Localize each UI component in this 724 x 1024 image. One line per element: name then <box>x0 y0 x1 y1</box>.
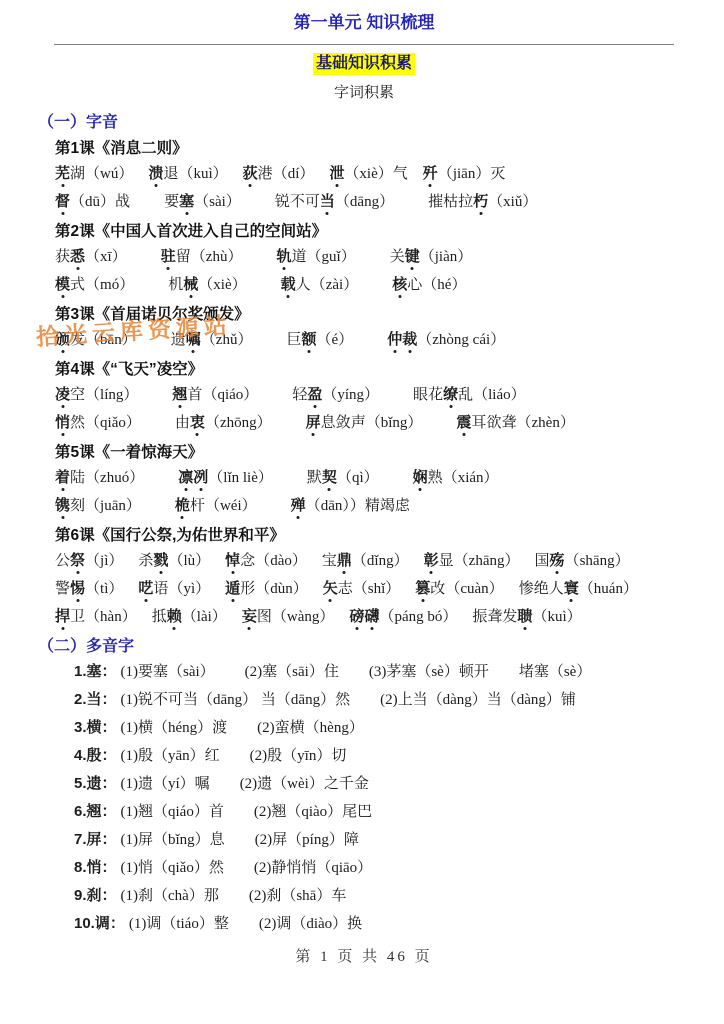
vocab-item: 机械（xiè） <box>168 277 246 293</box>
polyphone-item: 5.遗：(1)遗（yí）嘱(2)遗（wèi）之千金 <box>38 775 690 793</box>
vocab-item: 载人（zài） <box>281 277 359 293</box>
polyphone-item: 2.当：(1)锐不可当（dāng） 当（dāng）然(2)上当（dàng）当（d… <box>38 691 690 709</box>
emphasized-char: 篡 <box>415 580 430 597</box>
vocab-item: 惨绝人寰（huán） <box>519 581 638 597</box>
emphasized-char: 殚 <box>291 497 306 514</box>
vocab-item: 着陆（zhuó） <box>55 470 144 486</box>
polyphone-item: 9.刹：(1)刹（chà）那(2)刹（shā）车 <box>38 887 690 905</box>
emphasized-char: 悉 <box>70 248 85 265</box>
vocab-item: 镌刻（juān） <box>55 498 141 514</box>
emphasized-char: 翘 <box>172 386 187 403</box>
polyphone-item: 10.调：(1)调（tiáo）整(2)调（diào）换 <box>38 915 690 933</box>
emphasized-char: 键 <box>405 248 420 265</box>
vocab-item: 凌空（líng） <box>55 387 138 403</box>
emphasized-char: 震 <box>456 414 471 431</box>
polyphone-variant: (1)横（héng）渡 <box>121 720 228 736</box>
vocab-item: 彰显（zhāng） <box>424 553 520 569</box>
polyphone-label: 6.翘： <box>74 803 117 820</box>
emphasized-char: 镌 <box>55 497 70 514</box>
lessons: 第1课《消息二则》芜湖（wú）溃退（kuì）荻港（dí）泄（xiè）气歼（jiā… <box>38 139 690 625</box>
emphasized-char: 矢 <box>323 580 338 597</box>
polyphone-variant: (1)调（tiáo）整 <box>129 916 229 932</box>
document-page: 第一单元 知识梳理 基础知识积累 字词积累 （一）字音 第1课《消息二则》芜湖（… <box>0 0 724 1024</box>
vocab-row: 督（dū）战要塞（sài）锐不可当（dāng）摧枯拉朽（xiǔ） <box>38 194 690 210</box>
polyphone-label: 5.遗： <box>74 775 117 792</box>
vocab-item: 磅礴（páng bó） <box>349 609 457 625</box>
polyphone-variant: (2)上当（dàng）当（dàng）铺 <box>380 692 576 708</box>
polyphone-variant: (1)翘（qiáo）首 <box>121 804 224 820</box>
lesson-title: 第3课《首届诺贝尔奖颁发》 <box>38 305 690 325</box>
vocab-item: 抵赖（lài） <box>152 609 227 625</box>
polyphone-label: 9.刹： <box>74 887 117 904</box>
emphasized-char: 冽 <box>193 469 208 486</box>
vocab-item: 颁发（bān） <box>55 332 137 348</box>
emphasized-char: 载 <box>281 276 296 293</box>
vocab-item: 锐不可当（dāng） <box>275 194 394 210</box>
emphasized-char: 遁 <box>225 580 240 597</box>
vocab-item: 由衷（zhōng） <box>175 415 272 431</box>
page-title: 第一单元 知识梳理 <box>38 12 690 34</box>
emphasized-char: 祭 <box>70 552 85 569</box>
polyphone-label: 1.塞： <box>74 663 117 680</box>
emphasized-char: 嘱 <box>186 331 201 348</box>
subtitle: 字词积累 <box>38 83 690 103</box>
section-heading-polyphones: （二）多音字 <box>38 637 690 657</box>
vocab-item: 桅杆（wéi） <box>175 498 257 514</box>
emphasized-char: 荻 <box>243 165 258 182</box>
vocab-row: 警惕（tì）呓语（yì）遁形（dùn）矢志（shǐ）篡改（cuàn）惨绝人寰（h… <box>38 581 690 597</box>
vocab-item: 篡改（cuàn） <box>415 581 503 597</box>
emphasized-char: 悼 <box>225 552 240 569</box>
emphasized-char: 驻 <box>161 248 176 265</box>
vocab-row: 公祭（jì）杀戮（lù）悼念（dào）宝鼎（dǐng）彰显（zhāng）国殇（s… <box>38 553 690 569</box>
polyphone-item: 6.翘：(1)翘（qiáo）首(2)翘（qiào）尾巴 <box>38 803 690 821</box>
vocab-item: 矢志（shǐ） <box>323 581 401 597</box>
vocab-row: 获悉（xī）驻留（zhù）轨道（guǐ）关键（jiàn） <box>38 249 690 265</box>
polyphone-item: 7.屏：(1)屏（bǐng）息(2)屏（píng）障 <box>38 831 690 849</box>
emphasized-char: 娴 <box>413 469 428 486</box>
vocab-item: 模式（mó） <box>55 277 134 293</box>
polyphone-label: 2.当： <box>74 691 117 708</box>
emphasized-char: 裁 <box>402 331 417 348</box>
vocab-item: 娴熟（xián） <box>413 470 499 486</box>
highlighted-heading: 基础知识积累 <box>313 53 415 75</box>
vocab-item: 溃退（kuì） <box>148 166 227 182</box>
vocab-item: 获悉（xī） <box>55 249 127 265</box>
polyphone-label: 7.屏： <box>74 831 117 848</box>
lesson-title: 第2课《中国人首次进入自己的空间站》 <box>38 222 690 242</box>
lesson: 第6课《国行公祭,为佑世界和平》公祭（jì）杀戮（lù）悼念（dào）宝鼎（dǐ… <box>38 526 690 625</box>
polyphone-label: 3.横： <box>74 719 117 736</box>
vocab-item: 殚（dān））精竭虑 <box>291 498 410 514</box>
emphasized-char: 械 <box>183 276 198 293</box>
emphasized-char: 悄 <box>55 414 70 431</box>
vocab-item: 震耳欲聋（zhèn） <box>456 415 574 431</box>
polyphone-variant: (1)要塞（sài） <box>121 664 215 680</box>
vocab-item: 默契（qì） <box>307 470 379 486</box>
emphasized-char: 凛 <box>178 469 193 486</box>
vocab-item: 翘首（qiáo） <box>172 387 258 403</box>
emphasized-char: 当 <box>320 193 335 210</box>
emphasized-char: 盈 <box>307 386 322 403</box>
polyphone-item: 8.悄：(1)悄（qiǎo）然(2)静悄悄（qiāo） <box>38 859 690 877</box>
emphasized-char: 捍 <box>55 608 70 625</box>
vocab-row: 镌刻（juān）桅杆（wéi）殚（dān））精竭虑 <box>38 498 690 514</box>
emphasized-char: 衷 <box>190 414 205 431</box>
vocab-item: 凛冽（lǐn liè） <box>178 470 273 486</box>
emphasized-char: 彰 <box>424 552 439 569</box>
lesson-title: 第5课《一着惊海天》 <box>38 443 690 463</box>
vocab-row: 颁发（bān）遗嘱（zhǔ）巨额（é）仲裁（zhòng cái） <box>38 332 690 348</box>
polyphone-variant: (1)屏（bǐng）息 <box>121 832 225 848</box>
vocab-item: 仲裁（zhòng cái） <box>387 332 505 348</box>
emphasized-char: 聩 <box>517 608 532 625</box>
lesson: 第5课《一着惊海天》着陆（zhuó）凛冽（lǐn liè）默契（qì）娴熟（xi… <box>38 443 690 514</box>
polyphone-variant: (2)屏（píng）障 <box>255 832 359 848</box>
vocab-item: 悄然（qiǎo） <box>55 415 141 431</box>
vocab-row: 捍卫（hàn）抵赖（lài）妄图（wàng）磅礴（páng bó）振聋发聩（ku… <box>38 609 690 625</box>
emphasized-char: 妄 <box>242 608 257 625</box>
vocab-item: 驻留（zhù） <box>161 249 243 265</box>
emphasized-char: 缭 <box>443 386 458 403</box>
emphasized-char: 塞 <box>179 193 194 210</box>
emphasized-char: 颁 <box>55 331 70 348</box>
lesson-title: 第1课《消息二则》 <box>38 139 690 159</box>
emphasized-char: 磅 <box>349 608 364 625</box>
emphasized-char: 核 <box>392 276 407 293</box>
vocab-item: 摧枯拉朽（xiǔ） <box>428 194 537 210</box>
vocab-row: 着陆（zhuó）凛冽（lǐn liè）默契（qì）娴熟（xián） <box>38 470 690 486</box>
section-heading-pronunciation: （一）字音 <box>38 113 690 133</box>
emphasized-char: 额 <box>301 331 316 348</box>
polyphone-item: 4.殷：(1)殷（yān）红(2)殷（yīn）切 <box>38 747 690 765</box>
vocab-item: 轻盈（yíng） <box>292 387 379 403</box>
vocab-item: 悼念（dào） <box>225 553 307 569</box>
emphasized-char: 惕 <box>70 580 85 597</box>
emphasized-char: 礴 <box>364 608 379 625</box>
polyphone-variant: (1)锐不可当（dāng） 当（dāng）然 <box>121 692 351 708</box>
polyphone-variant: (3)茅塞（sè）顿开 <box>369 664 489 680</box>
vocab-item: 芜湖（wú） <box>55 166 133 182</box>
emphasized-char: 模 <box>55 276 70 293</box>
polyphone-variant: 堵塞（sè） <box>519 664 592 680</box>
emphasized-char: 赖 <box>167 608 182 625</box>
polyphone-label: 10.调： <box>74 915 125 932</box>
page-footer: 第 1 页 共 46 页 <box>38 947 690 967</box>
emphasized-char: 殇 <box>550 552 565 569</box>
polyphone-variant: (1)刹（chà）那 <box>121 888 219 904</box>
vocab-item: 核心（hé） <box>392 277 466 293</box>
emphasized-char: 仲 <box>387 331 402 348</box>
vocab-item: 要塞（sài） <box>164 194 241 210</box>
emphasized-char: 芜 <box>55 165 70 182</box>
vocab-item: 遁形（dùn） <box>225 581 308 597</box>
vocab-row: 芜湖（wú）溃退（kuì）荻港（dí）泄（xiè）气歼（jiān）灭 <box>38 166 690 182</box>
lesson: 第3课《首届诺贝尔奖颁发》颁发（bān）遗嘱（zhǔ）巨额（é）仲裁（zhòng… <box>38 305 690 348</box>
emphasized-char: 屏 <box>306 414 321 431</box>
polyphone-variant: (2)静悄悄（qiāo） <box>254 860 372 876</box>
lesson: 第2课《中国人首次进入自己的空间站》获悉（xī）驻留（zhù）轨道（guǐ）关键… <box>38 222 690 293</box>
polyphone-label: 4.殷： <box>74 747 117 764</box>
emphasized-char: 歼 <box>423 165 438 182</box>
vocab-item: 遗嘱（zhǔ） <box>171 332 253 348</box>
vocab-item: 警惕（tì） <box>55 581 123 597</box>
lesson: 第4课《“飞天”凌空》凌空（líng）翘首（qiáo）轻盈（yíng）眼花缭乱（… <box>38 360 690 431</box>
vocab-item: 眼花缭乱（liáo） <box>413 387 526 403</box>
lesson-title: 第4课《“飞天”凌空》 <box>38 360 690 380</box>
vocab-item: 捍卫（hàn） <box>55 609 137 625</box>
polyphone-item: 3.横：(1)横（héng）渡(2)蛮横（hèng） <box>38 719 690 737</box>
vocab-item: 巨额（é） <box>286 332 353 348</box>
polyphone-variant: (2)殷（yīn）切 <box>250 748 347 764</box>
vocab-item: 督（dū）战 <box>55 194 130 210</box>
vocab-row: 模式（mó）机械（xiè）载人（zài）核心（hé） <box>38 277 690 293</box>
emphasized-char: 凌 <box>55 386 70 403</box>
emphasized-char: 鼎 <box>337 552 352 569</box>
vocab-item: 振聋发聩（kuì） <box>472 609 581 625</box>
emphasized-char: 泄 <box>329 165 344 182</box>
vocab-item: 公祭（jì） <box>55 553 123 569</box>
divider-line <box>54 44 674 45</box>
vocab-item: 泄（xiè）气 <box>329 166 407 182</box>
polyphone-variant: (2)翘（qiào）尾巴 <box>254 804 372 820</box>
emphasized-char: 寰 <box>564 580 579 597</box>
emphasized-char: 戮 <box>153 552 168 569</box>
highlight-title-line: 基础知识积累 <box>38 53 690 75</box>
emphasized-char: 溃 <box>148 165 163 182</box>
polyphone-variant: (2)遗（wèi）之千金 <box>240 776 369 792</box>
vocab-item: 歼（jiān）灭 <box>423 166 506 182</box>
emphasized-char: 着 <box>55 469 70 486</box>
vocab-item: 轨道（guǐ） <box>276 249 355 265</box>
vocab-item: 宝鼎（dǐng） <box>322 553 409 569</box>
vocab-item: 屏息敛声（bǐng） <box>306 415 423 431</box>
polyphone-item: 1.塞：(1)要塞（sài）(2)塞（sāi）住(3)茅塞（sè）顿开堵塞（sè… <box>38 663 690 681</box>
lesson-title: 第6课《国行公祭,为佑世界和平》 <box>38 526 690 546</box>
vocab-item: 杀戮（lù） <box>138 553 210 569</box>
emphasized-char: 朽 <box>473 193 488 210</box>
vocab-item: 妄图（wàng） <box>242 609 335 625</box>
vocab-row: 凌空（líng）翘首（qiáo）轻盈（yíng）眼花缭乱（liáo） <box>38 387 690 403</box>
polyphone-list: 1.塞：(1)要塞（sài）(2)塞（sāi）住(3)茅塞（sè）顿开堵塞（sè… <box>38 663 690 933</box>
emphasized-char: 督 <box>55 193 70 210</box>
polyphone-variant: (1)悄（qiǎo）然 <box>121 860 224 876</box>
emphasized-char: 桅 <box>175 497 190 514</box>
vocab-row: 悄然（qiǎo）由衷（zhōng）屏息敛声（bǐng）震耳欲聋（zhèn） <box>38 415 690 431</box>
vocab-item: 呓语（yì） <box>138 581 210 597</box>
lesson: 第1课《消息二则》芜湖（wú）溃退（kuì）荻港（dí）泄（xiè）气歼（jiā… <box>38 139 690 210</box>
polyphone-variant: (1)殷（yān）红 <box>121 748 220 764</box>
polyphone-variant: (2)刹（shā）车 <box>249 888 347 904</box>
emphasized-char: 契 <box>322 469 337 486</box>
polyphone-variant: (2)调（diào）换 <box>259 916 362 932</box>
vocab-item: 关键（jiàn） <box>390 249 473 265</box>
emphasized-char: 呓 <box>138 580 153 597</box>
polyphone-label: 8.悄： <box>74 859 117 876</box>
polyphone-variant: (2)蛮横（hèng） <box>257 720 364 736</box>
polyphone-variant: (1)遗（yí）嘱 <box>121 776 210 792</box>
vocab-item: 国殇（shāng） <box>535 553 630 569</box>
emphasized-char: 轨 <box>276 248 291 265</box>
polyphone-variant: (2)塞（sāi）住 <box>245 664 339 680</box>
vocab-item: 荻港（dí） <box>243 166 315 182</box>
